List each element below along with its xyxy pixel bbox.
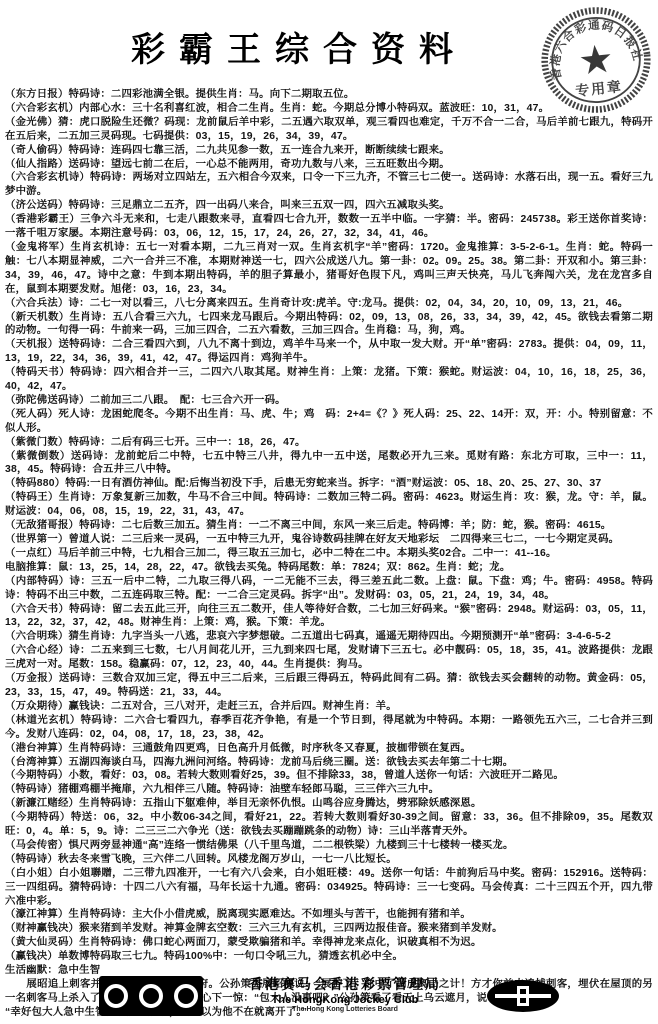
document-line: （特码诗）猪棚鸡棚半掩扉，六九相伴三八随。特码诗：油壁车轻郎马聪，三三伴六三九中… bbox=[5, 783, 653, 797]
document-line: （特码诗）秋去冬来雪飞晚，三六伴二八回转。风楼龙阁万岁山，一七一八比短长。 bbox=[5, 853, 653, 867]
document-line: （死人码）死人诗：龙困蛇爬冬。今期不出生肖：马、虎、牛；鸡 码：2+4=《？》死… bbox=[5, 408, 653, 436]
document-line: （赢钱决）单数博特码取三七九。特码100%中：一句口令吼三九，猜透玄机必中全。 bbox=[5, 950, 653, 964]
document-line: （今期特码）特送：06，32。中小数06-34之间，看好21，22。若转大数则看… bbox=[5, 811, 653, 839]
organization-block: 香港赛马会香港彩票管理局 The HongKong Jockey Club Th… bbox=[249, 978, 441, 1014]
document-header: 彩霸王综合资料 香港六合彩通码日报社 ★ 专用章 bbox=[0, 0, 658, 86]
document-line: （台湾神算）五湖四海谈白马，四海九洲问河络。特码诗：龙前马后绕三圈。送：欲钱去买… bbox=[5, 756, 653, 770]
document-line: （马会传密）惧尺两旁显神通“高”连络一惯结佛果（八千里鸟道，二二根铁梁）九楼到三… bbox=[5, 839, 653, 853]
organization-name-en2: The Hong Kong Lotteries Board bbox=[249, 1006, 441, 1014]
document-line: （世界第一）曾道人说：二三后来一灵码，一五中特三九开，鬼谷诗数码挂牌在好友天地彩… bbox=[5, 533, 653, 547]
document-line: （一点红）马后羊前三中特，七九相合三加二，得三取五三加七，必中二特在二中。本期头… bbox=[5, 547, 653, 561]
document-line: （无敌猪哥报）特码诗：二七后数三加五。猜生肖：一二不离三中间，东风一来三后走。特… bbox=[5, 519, 653, 533]
document-line: （六合明珠）猜生肖诗：九字当头一八逃，悲哀六字梦想破。二五道出七码真，遥遥无期待… bbox=[5, 630, 653, 644]
document-line: （特码880）特码:一日有酒仿神仙。配:后悔当初没下手，后患无穷蛇来当。拆字：“… bbox=[5, 477, 653, 491]
seal-star-icon: ★ bbox=[576, 37, 615, 83]
document-line: （六合兵法）诗：二七一对以看三，八七分离来四五。生肖奇计攻:虎羊。守:龙马。提供… bbox=[5, 297, 653, 311]
organization-name-cn: 香港赛马会香港彩票管理局 bbox=[249, 978, 441, 993]
seal-stamp: 香港六合彩通码日报社 ★ 专用章 bbox=[532, 0, 658, 122]
document-line: （白小姐）白小姐聯贈，二三带九四准开，一七有六八会来，白小姐旺楼：49。送你一句… bbox=[5, 867, 653, 909]
document-line: （香港彩霸王）三争六斗无来和，七走八跟数来寻，直看四七合九开，数数一五半中临。一… bbox=[5, 213, 653, 241]
document-line: （今期特码）小数，看好：03，08。若转大数则看好25，39。但不排除33，38… bbox=[5, 769, 653, 783]
document-line: （济公送码）特码诗：三足鼎立二五齐，四一出码八来合，叫来三五双一四，四六五减取头… bbox=[5, 199, 653, 213]
document-line: （紫微倒数）送码诗：龙前蛇后二中特，七五中特三八井，得九中一五中送，尾数必开九三… bbox=[5, 450, 653, 478]
jockey-club-left-logo-icon bbox=[99, 976, 203, 1016]
document-line: （万众期待）赢钱诀：二五对合，三八对开，走赶三五，合并后四。财神生肖：羊。 bbox=[5, 700, 653, 714]
document-footer: 香港赛马会香港彩票管理局 The HongKong Jockey Club Th… bbox=[0, 976, 658, 1016]
document-line: （奇人偷码）特码诗：连码四七靠三活，二九共见参一数，五一连合九来开，断断续续七跟… bbox=[5, 144, 653, 158]
document-line: （濠江神算）生肖特码诗：主大仆小借虎威，脱离现实愿难达。不如埋头与苦干，也能拥有… bbox=[5, 908, 653, 922]
document-body: （东方日报）特码诗：二四彩池满全银。提供生肖：马。向下二期取五位。（六合彩玄机）… bbox=[0, 86, 658, 1020]
document-line: （紫微门数）特码诗：二后有码三七开。三中一：18，26，47。 bbox=[5, 436, 653, 450]
jockey-club-right-logo-icon bbox=[487, 980, 559, 1012]
document-line: （内部特码）诗：三五一后中二特，二九取三得八码，一二无能不三去，得三差五此二数。… bbox=[5, 575, 653, 603]
document-line: （新天机数）生肖诗：五八合看三六九，七四来龙马跟后。今期出特码：02，09，13… bbox=[5, 311, 653, 339]
document-line: （万金报）送码诗：三数合双加三定，得五中三二后来，三后跟三得码五，特码此间有二码… bbox=[5, 672, 653, 700]
document-line: （新濂江赌经）生肖特码诗：五指山下躯难伸，举目无亲怀仇恨。山鸣谷应身腾达，劈邪除… bbox=[5, 797, 653, 811]
document-line: （港台神算）生肖特码诗：三通鼓角四更鸡，日色高升月低微，时序秋冬又春夏，披枷带锁… bbox=[5, 742, 653, 756]
document-page: 彩霸王综合资料 香港六合彩通码日报社 ★ 专用章 （东方日报）特码诗：二四彩池满… bbox=[0, 0, 658, 1024]
seal-icon: 香港六合彩通码日报社 ★ 专用章 bbox=[532, 0, 658, 122]
document-line: （六合心经）诗：二五来到三七数，七八月间花儿开，三九到来四七尾，发财请下三五七。… bbox=[5, 644, 653, 672]
document-line: 电脑推算：鼠：13，25，14，28，22，47。欲钱去买兔。特码尾数：单：78… bbox=[5, 561, 653, 575]
document-line: （天机报）送特码诗：二合三看四六到，八九不离十到边，鸡羊牛马来一个，从中取一发大… bbox=[5, 338, 653, 366]
document-line: （财神赢钱决）猴来猪到羊发财。神算金牌玄空数：三六三九有玄机，三四两边报佳音。猴… bbox=[5, 922, 653, 936]
document-line: （六合彩玄机诗）特码诗：两场对立四站左，五六相合今双来，口令一下三九齐，不管三七… bbox=[5, 171, 653, 199]
document-line: （仙人指路）送码诗：望远七前二在后，一心总不能两用，奇功九数与八来，三五旺数出今… bbox=[5, 158, 653, 172]
document-line: （林道光玄机）特码诗：二六合七看四九，春季百花齐争艳，有是一个节日到，得尾就为中… bbox=[5, 714, 653, 742]
document-line: （黄大仙灵码）生肖特码诗：佛口蛇心两面刀，蒙受欺骗猪和羊。幸得神龙来点化，识破真… bbox=[5, 936, 653, 950]
document-line: （特码天书）特码诗：四六相合并一三，二四六八取其尾。财神生肖：上策：龙猪。下策：… bbox=[5, 366, 653, 394]
document-line: （弥陀佛送码诗）二前加三二八跟。 配：七三合六开一码。 bbox=[5, 394, 653, 408]
organization-name-en: The HongKong Jockey Club bbox=[249, 994, 441, 1006]
document-line: （六合天书）特码诗：留二去五此三开，向往三五二数开，佳人等待好合数，二七加三好码… bbox=[5, 603, 653, 631]
document-line: （特码王）生肖诗：万象复新三加数，牛马不合三中间。特码诗：二数加三特二码。密码：… bbox=[5, 491, 653, 519]
document-line: （金鬼将军）生肖玄机诗：五七一对看本期，二九三肖对一双。生肖玄机字“羊”密码：1… bbox=[5, 241, 653, 297]
